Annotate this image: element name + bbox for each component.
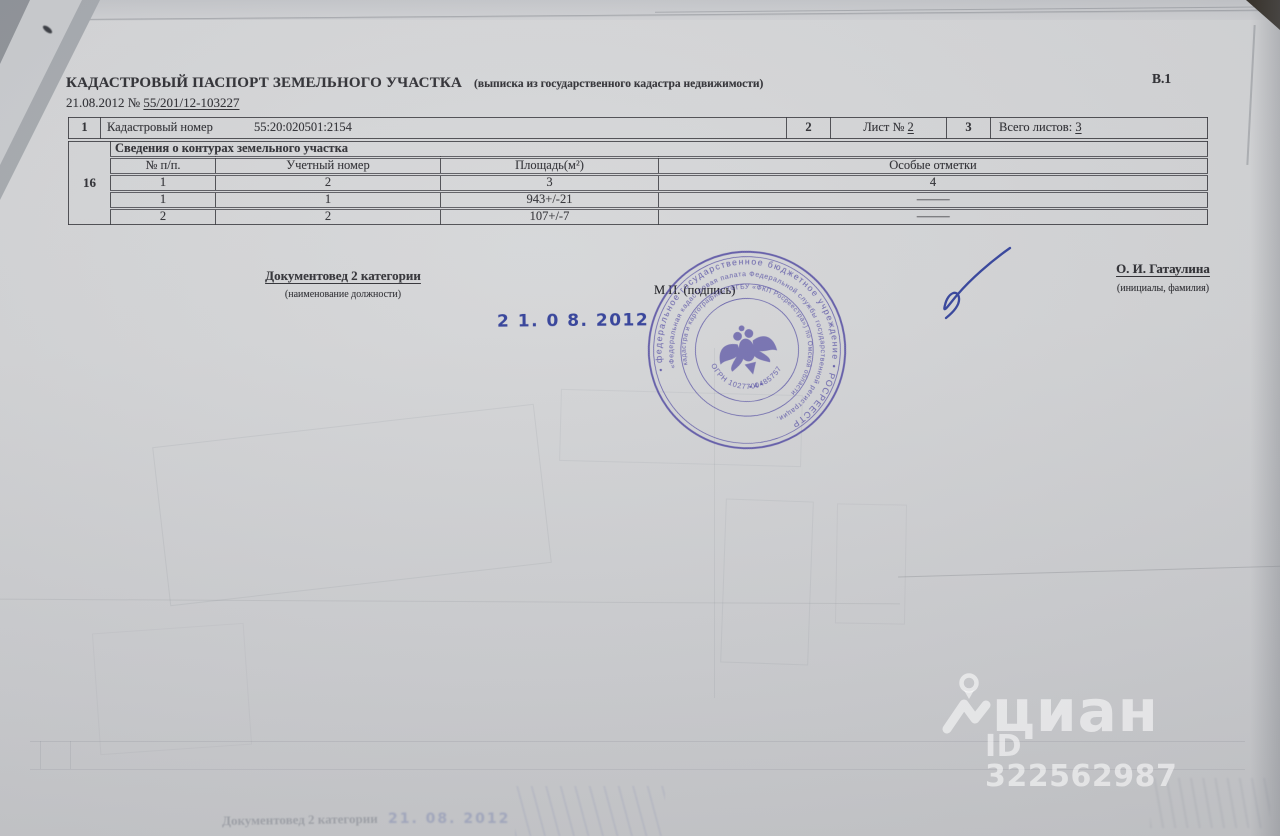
ghost-plan-outline (835, 503, 907, 624)
pen-signature (898, 242, 1018, 337)
document-title: КАДАСТРОВЫЙ ПАСПОРТ ЗЕМЕЛЬНОГО УЧАСТКА (66, 75, 462, 91)
seal-branch-number: • 4 • (748, 379, 764, 391)
position-title: Документовед 2 категории (248, 268, 438, 284)
column-number-row: 1 2 3 4 (69, 175, 1208, 192)
cell-area: 943+/-21 (441, 192, 659, 209)
ghost-plan-outline (720, 499, 814, 666)
column-header-row: № п/п. Учетный номер Площадь(м²) Особые … (69, 158, 1208, 175)
cell-account-number: 2 (216, 209, 441, 225)
registration-number: 55/201/12-103227 (143, 95, 239, 110)
cell-num: 1 (111, 192, 216, 209)
sheet-value: 2 (908, 120, 914, 134)
registration-line: 21.08.2012 № 55/201/12-103227 (66, 95, 239, 111)
cian-watermark: циан ID 322562987 (942, 668, 1202, 770)
listing-id: ID 322562987 (985, 732, 1202, 792)
cell-total-no: 3 (947, 118, 991, 139)
ghost-table-tick (70, 741, 71, 769)
ghost-table-tick (40, 741, 41, 769)
cell-sheet: Лист № 2 (831, 118, 947, 139)
scanned-cadastral-passport: Документовед 2 категории 21. 08. 2012 В.… (0, 0, 1280, 836)
signer-name: О. И. Гатаулина (1098, 261, 1228, 277)
document-title-row: КАДАСТРОВЫЙ ПАСПОРТ ЗЕМЕЛЬНОГО УЧАСТКА (… (66, 74, 1146, 92)
cell-notes: — (659, 192, 1208, 209)
section-title-cell: Сведения о контурах земельного участка (111, 142, 1208, 158)
sheet-label: Лист № (863, 120, 904, 134)
cell-notes: — (659, 209, 1208, 225)
col-header-area: Площадь(м²) (441, 158, 659, 175)
col-number-cell: 3 (441, 175, 659, 192)
table-row: 1 1 943+/-21 — (69, 192, 1208, 209)
cell-account-number: 1 (216, 192, 441, 209)
col-header-notes: Особые отметки (659, 158, 1208, 175)
right-edge-shadow (1250, 0, 1280, 836)
header-table-row: 1 Кадастровый номер 55:20:020501:2154 2 … (69, 118, 1208, 139)
ghost-text-position: Документовед 2 категории (222, 811, 378, 829)
total-sheets-value: 3 (1075, 120, 1081, 134)
paper-crease (898, 566, 1280, 578)
section-number-cell: 16 (69, 142, 111, 225)
col-number-cell: 2 (216, 175, 441, 192)
cell-area: 107+/-7 (441, 209, 659, 225)
number-sign: № (128, 95, 140, 110)
paper-top-edge (0, 0, 1280, 20)
date-stamp: 2 1. 0 8. 2012 (497, 310, 649, 331)
location-pin-icon (942, 668, 998, 734)
signer-name-caption: (инициалы, фамилия) (1098, 283, 1228, 294)
form-code: В.1 (1152, 71, 1171, 87)
ghost-plan-outline (152, 404, 552, 606)
cell-cadastral-number: Кадастровый номер 55:20:020501:2154 (101, 118, 787, 139)
cell-item-no: 1 (69, 118, 101, 139)
cell-num: 2 (111, 209, 216, 225)
cell-sheet-no: 2 (787, 118, 831, 139)
position-caption: (наименование должности) (248, 289, 438, 300)
header-table: 1 Кадастровый номер 55:20:020501:2154 2 … (68, 117, 1208, 139)
table-row: 2 2 107+/-7 — (69, 209, 1208, 225)
section-title-row: 16 Сведения о контурах земельного участк… (69, 142, 1208, 158)
col-number-cell: 4 (659, 175, 1208, 192)
total-sheets-label: Всего листов: (999, 120, 1072, 134)
cadastral-number-label: Кадастровый номер (107, 120, 213, 134)
col-header-account: Учетный номер (216, 158, 441, 175)
col-header-num: № п/п. (111, 158, 216, 175)
contours-table: 16 Сведения о контурах земельного участк… (68, 141, 1208, 225)
registration-date: 21.08.2012 (66, 95, 125, 110)
cadastral-number-value: 55:20:020501:2154 (254, 120, 352, 134)
ghost-ink-marks (515, 786, 665, 836)
document-subtitle: (выписка из государственного кадастра не… (474, 78, 763, 90)
ghost-plan-outline (92, 623, 252, 755)
col-number-cell: 1 (111, 175, 216, 192)
cell-total-sheets: Всего листов: 3 (991, 118, 1208, 139)
ghost-text-date: 21. 08. 2012 (388, 811, 510, 827)
